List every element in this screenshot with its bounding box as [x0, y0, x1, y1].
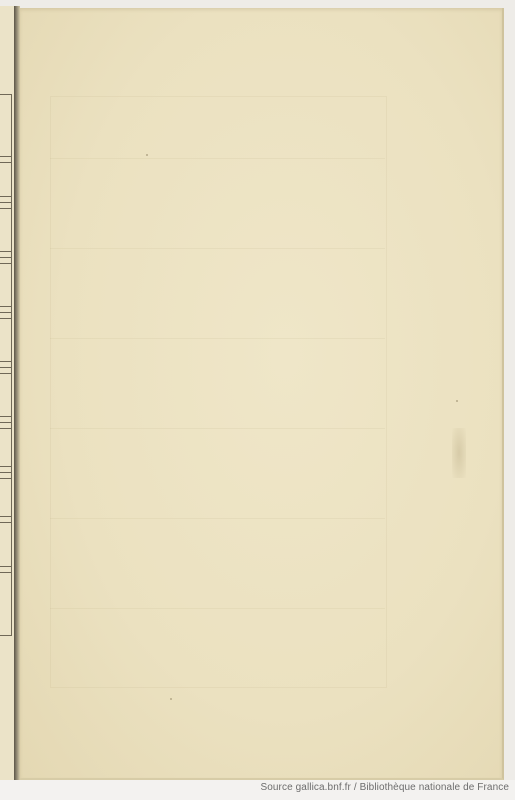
show-through-line [50, 518, 385, 519]
staff-line [0, 428, 12, 429]
staff-line [0, 257, 12, 258]
staff-line [0, 306, 12, 307]
paper-speck [456, 400, 458, 402]
scan-area [0, 0, 515, 780]
blank-page [20, 8, 504, 780]
show-through-line [50, 428, 385, 429]
staff-line [0, 251, 12, 252]
staff-line [0, 422, 12, 423]
staff-line [0, 162, 12, 163]
paper-speck [170, 698, 172, 700]
show-through-frame [50, 96, 387, 688]
staff-line [0, 466, 12, 467]
paper-stain [452, 428, 466, 478]
staff-line [0, 572, 12, 573]
paper-speck [146, 154, 148, 156]
staff-line [0, 361, 12, 362]
staff-line [0, 312, 12, 313]
show-through-line [50, 338, 385, 339]
staff-line [0, 196, 12, 197]
show-through-line [50, 248, 385, 249]
staff-line [0, 416, 12, 417]
staff-line [0, 522, 12, 523]
staff-line [0, 478, 12, 479]
staff-line [0, 516, 12, 517]
staff-line [0, 367, 12, 368]
staff-line [0, 373, 12, 374]
staff-line [0, 472, 12, 473]
staff-line [0, 566, 12, 567]
staff-line [0, 318, 12, 319]
show-through-line [50, 608, 385, 609]
staff-line [0, 208, 12, 209]
source-credit: Source gallica.bnf.fr / Bibliothèque nat… [260, 782, 509, 793]
staff-line [0, 156, 12, 157]
staff-line [0, 263, 12, 264]
staff-frame [0, 94, 12, 636]
staff-line [0, 202, 12, 203]
show-through-line [50, 158, 385, 159]
